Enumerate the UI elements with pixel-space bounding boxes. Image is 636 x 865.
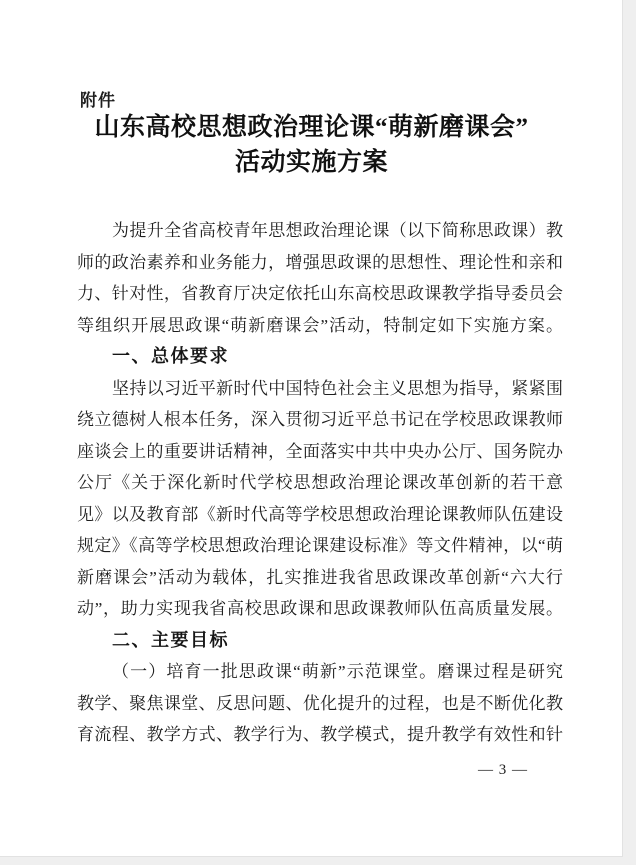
body-line: 见》以及教育部《新时代高等学校思想政治理论课教师队伍建设 [77, 499, 563, 531]
document-title-line1: 山东高校思想政治理论课“萌新磨课会” [0, 110, 623, 145]
body-line: 师的政治素养和业务能力，增强思政课的思想性、理论性和亲和 [77, 247, 563, 279]
section-heading-2: 二、主要目标 [77, 625, 563, 657]
body-line: 规定》《高等学校思想政治理论课建设标准》等文件精神，以“萌 [77, 530, 563, 562]
body-line: 动”，助力实现我省高校思政课和思政课教师队伍高质量发展。 [77, 593, 563, 625]
body-line: 坚持以习近平新时代中国特色社会主义思想为指导，紧紧围 [77, 373, 563, 405]
body-line: （一）培育一批思政课“萌新”示范课堂。磨课过程是研究 [77, 656, 563, 688]
page-number: — 3 — [77, 760, 528, 780]
body-line: 力、针对性，省教育厅决定依托山东高校思政课教学指导委员会 [77, 278, 563, 310]
document-viewport: 附件 山东高校思想政治理论课“萌新磨课会” 活动实施方案 为提升全省高校青年思想… [0, 0, 636, 865]
document-title: 山东高校思想政治理论课“萌新磨课会” 活动实施方案 [0, 110, 623, 180]
body-line: 绕立德树人根本任务，深入贯彻习近平总书记在学校思政课教师 [77, 404, 563, 436]
document-body: 为提升全省高校青年思想政治理论课（以下简称思政课）教 师的政治素养和业务能力，增… [77, 215, 563, 751]
body-line: 为提升全省高校青年思想政治理论课（以下简称思政课）教 [77, 215, 563, 247]
section-heading-1: 一、总体要求 [77, 341, 563, 373]
document-page: 附件 山东高校思想政治理论课“萌新磨课会” 活动实施方案 为提升全省高校青年思想… [0, 0, 623, 857]
body-line: 等组织开展思政课“萌新磨课会”活动，特制定如下实施方案。 [77, 310, 563, 342]
body-line: 座谈会上的重要讲话精神，全面落实中共中央办公厅、国务院办 [77, 436, 563, 468]
document-title-line2: 活动实施方案 [0, 145, 623, 180]
attachment-label: 附件 [80, 90, 116, 112]
body-line: 育流程、教学方式、教学行为、教学模式，提升教学有效性和针 [77, 719, 563, 751]
body-line: 新磨课会”活动为载体，扎实推进我省思政课改革创新“六大行 [77, 562, 563, 594]
body-line: 公厅《关于深化新时代学校思想政治理论课改革创新的若干意 [77, 467, 563, 499]
body-line: 教学、聚焦课堂、反思问题、优化提升的过程，也是不断优化教 [77, 688, 563, 720]
